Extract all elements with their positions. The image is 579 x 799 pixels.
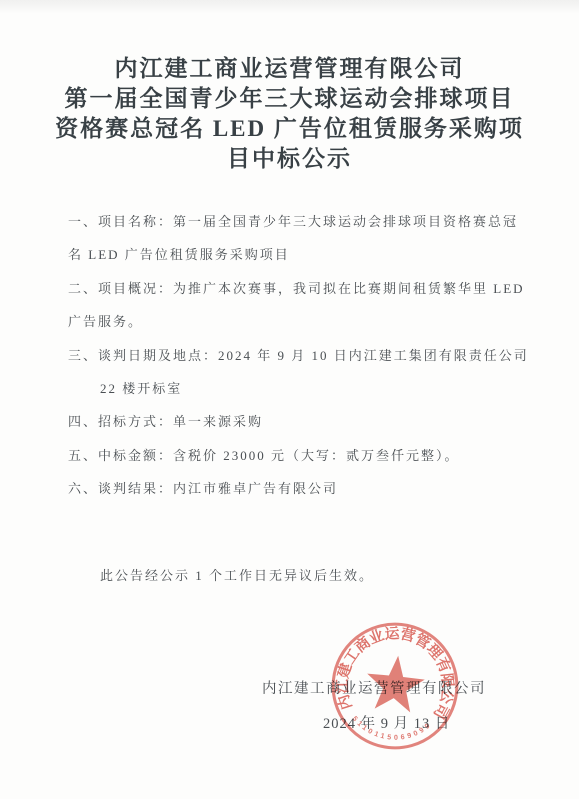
- body-line-bidding-method: 四、招标方式：单一来源采购: [68, 405, 528, 438]
- document-title: 内江建工商业运营管理有限公司 第一届全国青少年三大球运动会排球项目 资格赛总冠名…: [30, 54, 549, 174]
- company-seal-stamp: 内江建工商业运营管理有限公司 5110115069099: [315, 606, 475, 766]
- body-line-project-overview: 二、项目概况：为推广本次赛事，我司拟在比赛期间租赁繁华里 LED: [68, 272, 528, 305]
- body-line-project-overview-cont: 广告服务。: [68, 305, 528, 338]
- body-line-project-name: 一、项目名称：第一届全国青少年三大球运动会排球项目资格赛总冠: [68, 205, 528, 238]
- title-line-4: 目中标公示: [30, 144, 549, 174]
- effective-note: 此公告经公示 1 个工作日无异议后生效。: [100, 566, 374, 586]
- title-line-2: 第一届全国青少年三大球运动会排球项目: [30, 84, 549, 114]
- seal-serial-number: 5110115069099: [349, 714, 432, 746]
- body-line-negotiation-result: 六、谈判结果：内江市雅卓广告有限公司: [68, 472, 528, 505]
- title-line-3: 资格赛总冠名 LED 广告位租赁服务采购项: [30, 114, 549, 144]
- document-body: 一、项目名称：第一届全国青少年三大球运动会排球项目资格赛总冠 名 LED 广告位…: [68, 205, 528, 506]
- body-line-negotiation-date: 三、谈判日期及地点：2024 年 9 月 10 日内江建工集团有限责任公司: [68, 339, 528, 372]
- body-line-project-name-cont: 名 LED 广告位租赁服务采购项目: [68, 238, 528, 271]
- body-line-award-amount: 五、中标金额：含税价 23000 元（大写：贰万叁仟元整）。: [68, 439, 528, 472]
- scanned-document-page: 内江建工商业运营管理有限公司 第一届全国青少年三大球运动会排球项目 资格赛总冠名…: [0, 0, 579, 799]
- body-line-negotiation-date-cont: 22 楼开标室: [68, 372, 528, 405]
- title-line-1: 内江建工商业运营管理有限公司: [30, 54, 549, 84]
- red-star-icon: [364, 653, 427, 714]
